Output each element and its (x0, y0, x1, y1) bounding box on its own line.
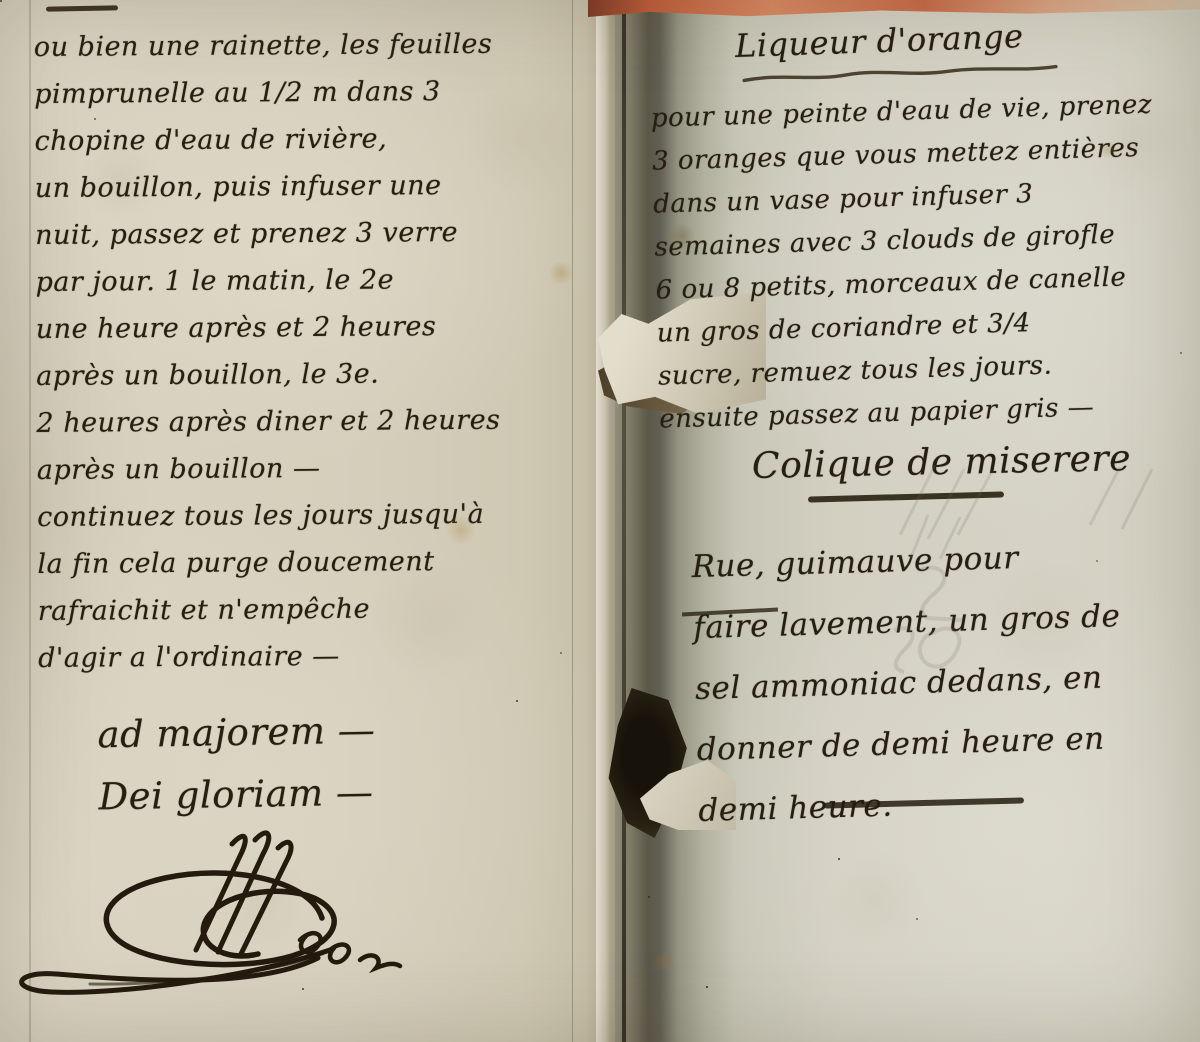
signature-flourish (0, 822, 470, 1022)
handwritten-line: après un bouillon — (37, 443, 597, 494)
paper-specks (0, 0, 2, 2)
handwritten-line: une heure après et 2 heures (36, 302, 596, 353)
latin-closing: ad majorem — Dei gloriam — (97, 700, 377, 829)
handwritten-line: Dei gloriam — (98, 762, 377, 829)
handwritten-line: la fin cela purge doucement (37, 537, 597, 588)
pencil-hatch-marks (880, 455, 1180, 565)
handwritten-line: continuez tous les jours jusqu'à (37, 490, 597, 541)
recipe-liqueur-text: pour une peinte d'eau de vie, prenez 3 o… (650, 82, 1200, 441)
handwritten-line: 2 heures après diner et 2 heures (36, 396, 596, 447)
gutter-crease (622, 0, 626, 1042)
handwritten-line: pimprunelle au 1/2 m dans 3 (34, 67, 594, 118)
handwritten-line: chopine d'eau de rivière, (34, 114, 594, 165)
handwritten-line: d'agir a l'ordinaire — (38, 631, 598, 682)
manuscript-photo: ou bien une rainette, les feuilles pimpr… (0, 0, 1200, 1042)
handwritten-line: après un bouillon, le 3e. (36, 349, 596, 400)
left-page-fore-edge (596, 0, 610, 1042)
handwritten-line: un bouillon, puis infuser une (35, 161, 595, 212)
handwritten-line: ou bien une rainette, les feuilles (34, 20, 594, 71)
handwritten-line: par jour. 1 le matin, le 2e (35, 255, 595, 306)
left-page-text: ou bien une rainette, les feuilles pimpr… (34, 20, 599, 682)
handwritten-line: ad majorem — (97, 700, 376, 767)
handwritten-line: rafraichit et n'empêche (38, 584, 598, 635)
handwritten-line: nuit, passez et prenez 3 verre (35, 208, 595, 259)
pencil-scribble (880, 560, 1040, 690)
